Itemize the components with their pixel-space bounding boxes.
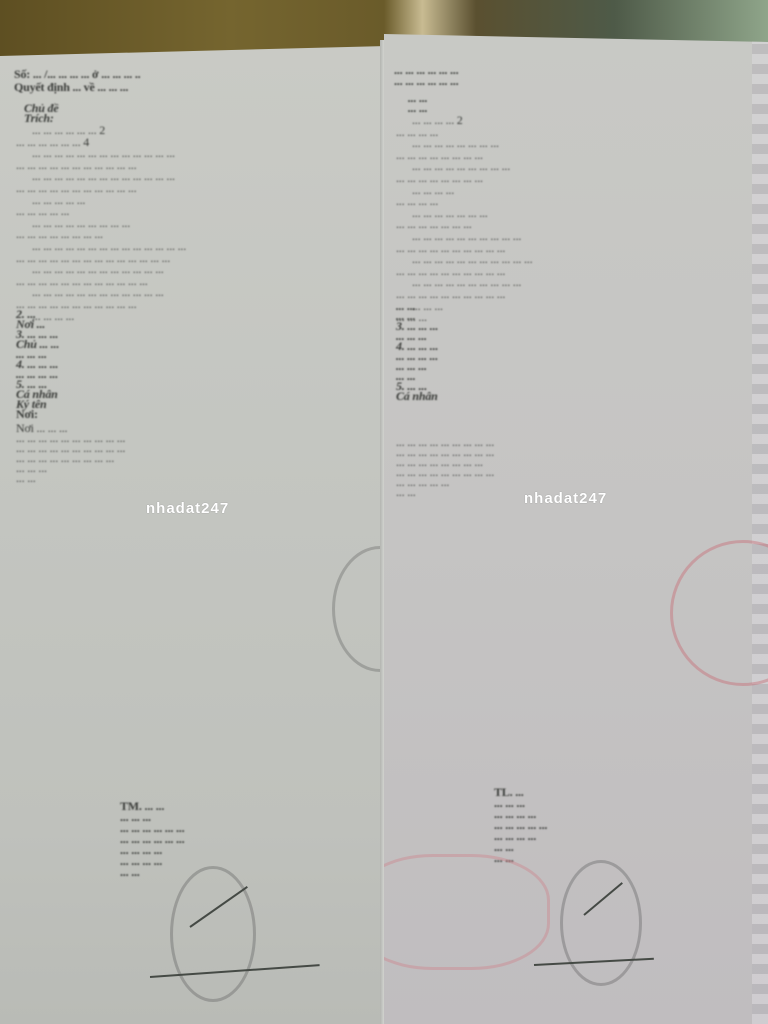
text-line: Cá nhân bbox=[396, 390, 438, 403]
left-document-page: Số: ... /... ... ... ... ở ... ... ... .… bbox=[0, 46, 386, 1024]
text-line: ... ... bbox=[396, 486, 416, 499]
right-document-page: ... ... ... ... ... ... ... ... ... ... … bbox=[384, 34, 768, 1024]
closing-label: Nơi: bbox=[16, 408, 38, 421]
header-line: ... ... ... ... ... ... bbox=[394, 75, 458, 88]
stamp-seal bbox=[332, 546, 386, 672]
round-seal bbox=[560, 860, 642, 986]
red-stamp bbox=[670, 540, 768, 686]
pink-mark bbox=[384, 854, 550, 970]
page-edge bbox=[752, 34, 768, 1024]
round-seal bbox=[170, 866, 256, 1002]
text-line: ... ... bbox=[16, 472, 36, 485]
text-line: ... ... bbox=[120, 866, 140, 879]
watermark-text: nhadat247 bbox=[146, 500, 229, 517]
header-line: Quyết định ... về ... ... ... bbox=[14, 81, 128, 94]
watermark-text: nhadat247 bbox=[524, 490, 607, 507]
